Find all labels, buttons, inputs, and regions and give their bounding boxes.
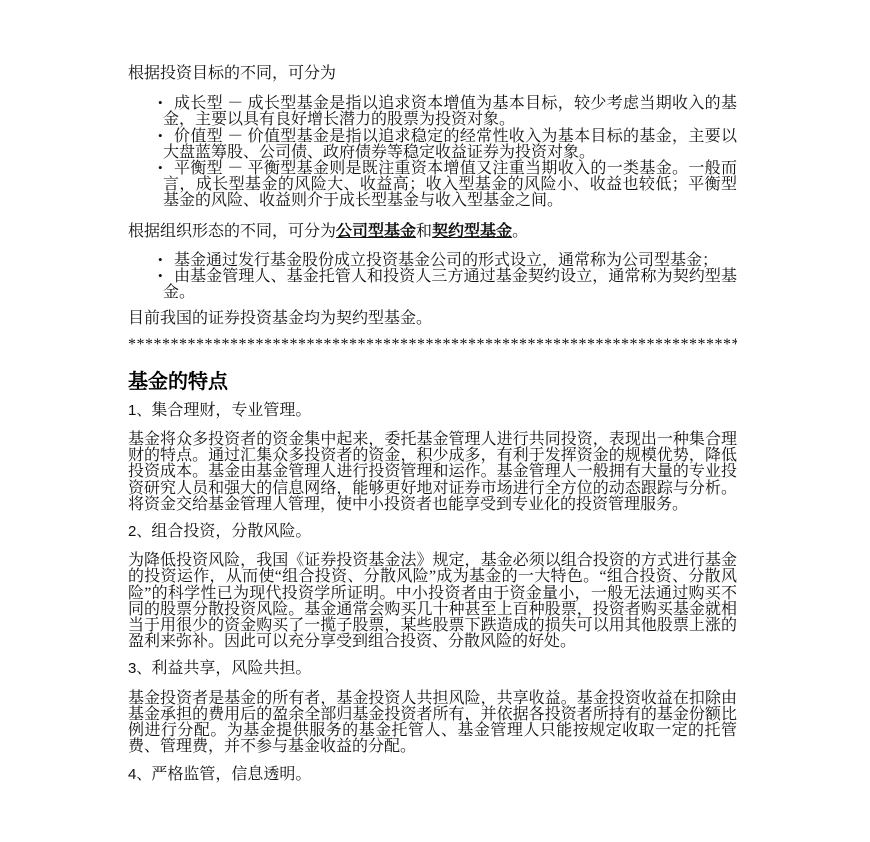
feature-number: 1、 bbox=[128, 402, 151, 419]
list-item-text: 基金通过发行基金股份成立投资基金公司的形式设立，通常称为公司型基金； bbox=[163, 253, 737, 269]
feature-heading-text: 集合理财，专业管理。 bbox=[151, 402, 311, 419]
asterisk-divider: ****************************************… bbox=[128, 337, 737, 353]
bullet-icon: • bbox=[158, 95, 163, 111]
list-item-text: 平衡型 － 平衡型基金则是既注重资本增值又注重当期收入的一类基金。一般而言，成长… bbox=[163, 161, 737, 210]
term-contract-fund: 契约型基金 bbox=[432, 223, 512, 240]
term-company-fund: 公司型基金 bbox=[336, 223, 416, 240]
feature-body-1: 基金将众多投资者的资金集中起来，委托基金管理人进行共同投资，表现出一种集合理财的… bbox=[128, 432, 737, 513]
list-item-text: 由基金管理人、基金托管人和投资人三方通过基金契约设立，通常称为契约型基金。 bbox=[163, 269, 737, 301]
document-page: 根据投资目标的不同，可分为 • 成长型 － 成长型基金是指以追求资本增值为基本目… bbox=[0, 0, 870, 842]
bullet-icon: • bbox=[158, 252, 163, 268]
feature-heading-text: 严格监管，信息透明。 bbox=[151, 766, 311, 783]
organization-form-list: • 基金通过发行基金股份成立投资基金公司的形式设立，通常称为公司型基金； • 由… bbox=[128, 253, 737, 302]
feature-heading-1: 1、集合理财，专业管理。 bbox=[128, 403, 737, 419]
list-item-contract-type: • 由基金管理人、基金托管人和投资人三方通过基金契约设立，通常称为契约型基金。 bbox=[128, 269, 737, 301]
feature-body-2: 为降低投资风险，我国《证券投资基金法》规定，基金必须以组合投资的方式进行基金的投… bbox=[128, 553, 737, 650]
current-status-paragraph: 目前我国的证券投资基金均为契约型基金。 bbox=[128, 311, 737, 327]
bullet-icon: • bbox=[158, 128, 163, 144]
feature-heading-2: 2、组合投资，分散风险。 bbox=[128, 524, 737, 540]
list-item-balanced: • 平衡型 － 平衡型基金则是既注重资本增值又注重当期收入的一类基金。一般而言，… bbox=[128, 161, 737, 210]
list-item-text: 成长型 － 成长型基金是指以追求资本增值为基本目标，较少考虑当期收入的基金，主要… bbox=[163, 96, 737, 128]
investment-target-list: • 成长型 － 成长型基金是指以追求资本增值为基本目标，较少考虑当期收入的基金，… bbox=[128, 96, 737, 209]
intro-paragraph: 根据投资目标的不同，可分为 bbox=[128, 66, 737, 82]
feature-heading-text: 组合投资，分散风险。 bbox=[151, 523, 311, 540]
feature-heading-text: 利益共享，风险共担。 bbox=[151, 660, 311, 677]
feature-body-3: 基金投资者是基金的所有者，基金投资人共担风险，共享收益。基金投资收益在扣除由基金… bbox=[128, 691, 737, 756]
feature-heading-4: 4、严格监管，信息透明。 bbox=[128, 767, 737, 783]
org-prefix-text: 根据组织形态的不同，可分为 bbox=[128, 223, 336, 240]
org-suffix-text: 。 bbox=[512, 223, 528, 240]
organization-form-paragraph: 根据组织形态的不同，可分为公司型基金和契约型基金。 bbox=[128, 224, 737, 240]
org-mid-text: 和 bbox=[416, 223, 432, 240]
feature-number: 3、 bbox=[128, 660, 151, 677]
bullet-icon: • bbox=[158, 268, 163, 284]
list-item-text: 价值型 － 价值型基金是指以追求稳定的经常性收入为基本目标的基金，主要以大盘蓝筹… bbox=[163, 129, 737, 161]
bullet-icon: • bbox=[158, 160, 163, 176]
list-item-growth: • 成长型 － 成长型基金是指以追求资本增值为基本目标，较少考虑当期收入的基金，… bbox=[128, 96, 737, 128]
feature-number: 2、 bbox=[128, 523, 151, 540]
feature-number: 4、 bbox=[128, 766, 151, 783]
list-item-value: • 价值型 － 价值型基金是指以追求稳定的经常性收入为基本目标的基金，主要以大盘… bbox=[128, 129, 737, 161]
list-item-company-type: • 基金通过发行基金股份成立投资基金公司的形式设立，通常称为公司型基金； bbox=[128, 253, 737, 269]
feature-heading-3: 3、利益共享，风险共担。 bbox=[128, 661, 737, 677]
section-title: 基金的特点 bbox=[128, 370, 737, 394]
